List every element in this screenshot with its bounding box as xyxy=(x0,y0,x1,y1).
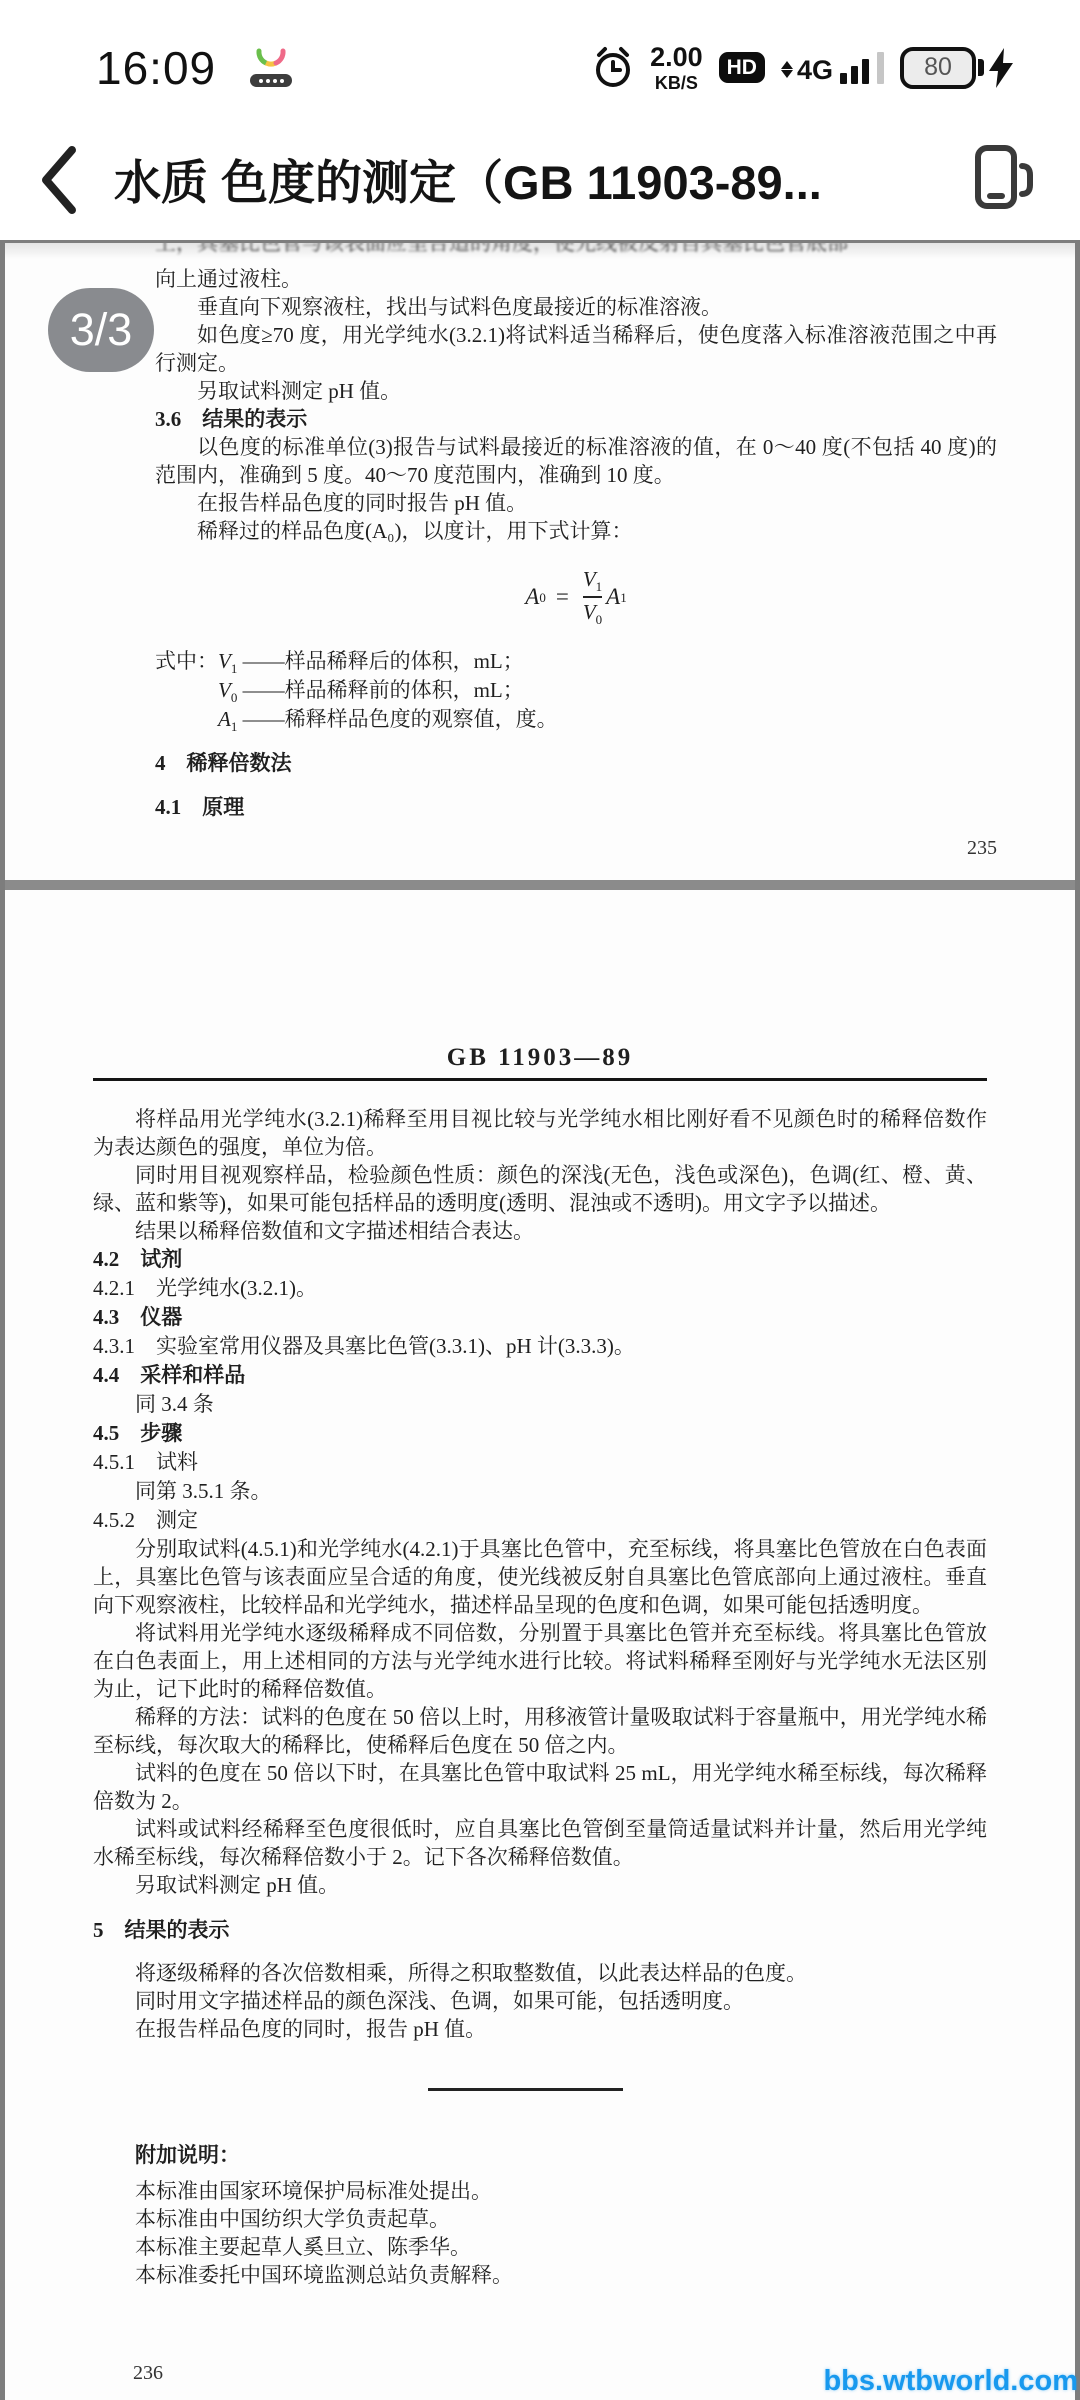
network-speed-unit: KB/S xyxy=(650,74,703,92)
doc-page-235: 上，具塞比色管与该表面应呈合适的角度，使光线被反射自具塞比色管底部 向上通过液柱… xyxy=(5,243,1075,880)
phone-pages-icon xyxy=(962,140,1042,220)
doc-paragraph: 将样品用光学纯水(3.2.1)稀释至用目视比较与光学纯水相比刚好看不见颜色时的稀… xyxy=(93,1105,987,1161)
doc-paragraph: 试料的色度在 50 倍以下时，在具塞比色管中取试料 25 mL，用光学纯水稀至标… xyxy=(93,1759,987,1815)
app-bar: 水质 色度的测定（GB 11903-89... xyxy=(0,125,1080,240)
section-heading-3-6: 3.6 结果的表示 xyxy=(155,405,997,433)
clause-4-5-2: 4.5.2 测定 xyxy=(93,1506,987,1535)
doc-line: 在报告样品色度的同时报告 pH 值。 xyxy=(155,489,997,517)
section-heading-4-1: 4.1 原理 xyxy=(155,793,997,821)
charging-bolt-icon xyxy=(984,46,1018,90)
note-line: 本标准委托中国环境监测总站负责解释。 xyxy=(93,2261,987,2289)
battery-indicator: 80 xyxy=(900,46,1018,90)
section-heading-4-5: 4.5 步骤 xyxy=(93,1419,987,1448)
additional-notes-title: 附加说明： xyxy=(93,2141,987,2169)
doc-line: 将逐级稀释的各次倍数相乘，所得之积取整数值，以此表达样品的色度。 xyxy=(93,1959,987,1987)
doc-paragraph: 以色度的标准单位(3)报告与试料最接近的标准溶液的值，在 0～40 度(不包括 … xyxy=(155,433,997,489)
doc-line: 稀释过的样品色度(A₀)，以度计，用下式计算： xyxy=(155,517,997,545)
page-view-toggle-button[interactable] xyxy=(960,138,1044,222)
signal-bars-icon xyxy=(840,52,884,84)
doc-paragraph: 试料或试料经稀释至色度很低时，应自具塞比色管倒至量筒适量试料并计量，然后用光学纯… xyxy=(93,1815,987,1871)
header-rule xyxy=(93,1078,987,1081)
end-divider-rule xyxy=(428,2088,623,2091)
network-speed-value: 2.00 xyxy=(650,44,703,71)
fraction: V1 V0 xyxy=(583,568,602,626)
doc-paragraph: 同时用目视观察样品，检验颜色性质：颜色的深浅(无色，浅色或深色)，色调(红、橙、… xyxy=(93,1161,987,1217)
fraction-bar xyxy=(583,596,602,598)
doc-paragraph: 如色度≥70 度，用光学纯水(3.2.1)将试料适当稀释后，使色度落入标准溶液范… xyxy=(155,321,997,377)
clock-time: 16:09 xyxy=(96,41,216,95)
doc-line: 同 3.4 条 xyxy=(93,1390,987,1419)
section-heading-4-3: 4.3 仪器 xyxy=(93,1303,987,1332)
document-viewport[interactable]: 上，具塞比色管与该表面应呈合适的角度，使光线被反射自具塞比色管底部 向上通过液柱… xyxy=(0,240,1080,2400)
battery-level: 80 xyxy=(924,53,952,82)
section-heading-4-2: 4.2 试剂 xyxy=(93,1245,987,1274)
section-heading-4: 4 稀释倍数法 xyxy=(155,749,997,777)
doc-line: 另取试料测定 pH 值。 xyxy=(93,1871,987,1899)
page-separator xyxy=(5,880,1075,890)
clause-4-3-1: 4.3.1 实验室常用仪器及具塞比色管(3.3.1)、pH 计(3.3.3)。 xyxy=(93,1332,987,1361)
app-notification-icon xyxy=(250,48,292,87)
doc-line: 同第 3.5.1 条。 xyxy=(93,1477,987,1506)
clause-4-5-1: 4.5.1 试料 xyxy=(93,1448,987,1477)
section-heading-4-4: 4.4 采样和样品 xyxy=(93,1361,987,1390)
standard-number-header: GB 11903—89 xyxy=(93,1042,987,1074)
hd-badge-icon: HD xyxy=(719,52,765,83)
doc-line: 向上通过液柱。 xyxy=(155,265,997,293)
dilution-formula: A0 = V1 V0 A1 xyxy=(155,565,997,629)
status-icons: 2.00 KB/S HD 4G 80 xyxy=(592,44,1018,92)
note-line: 本标准由中国纺织大学负责起草。 xyxy=(93,2205,987,2233)
doc-paragraph: 稀释的方法：试料的色度在 50 倍以上时，用移液管计量吸取试料于容量瓶中，用光学… xyxy=(93,1703,987,1759)
formula-where-line: V0 ——样品稀释前的体积，mL； xyxy=(155,676,997,705)
smile-arc-icon xyxy=(251,48,291,72)
doc-line: 另取试料测定 pH 值。 xyxy=(155,377,997,405)
network-type-label: 4G xyxy=(797,57,833,84)
doc-line: 垂直向下观察液柱，找出与试料色度最接近的标准溶液。 xyxy=(155,293,997,321)
clause-4-2-1: 4.2.1 光学纯水(3.2.1)。 xyxy=(93,1274,987,1303)
page-title: 水质 色度的测定（GB 11903-89... xyxy=(114,146,822,213)
data-updown-icon xyxy=(781,61,793,78)
doc-line: 同时用文字描述样品的颜色深浅、色调，如果可能，包括透明度。 xyxy=(93,1987,987,2015)
back-button[interactable] xyxy=(36,145,96,215)
cellular-signal-indicator: 4G xyxy=(781,52,884,84)
app-badge-pill xyxy=(250,74,292,87)
note-line: 本标准主要起草人奚旦立、陈季华。 xyxy=(93,2233,987,2261)
doc-line: 结果以稀释倍数值和文字描述相结合表达。 xyxy=(93,1217,987,1245)
doc-line: 在报告样品色度的同时，报告 pH 值。 xyxy=(93,2015,987,2043)
formula-where-line: 式中：V1 ——样品稀释后的体积，mL； xyxy=(155,647,997,676)
status-bar: 16:09 2.00 KB/S HD 4G 80 xyxy=(0,0,1080,125)
doc-paragraph: 将试料用光学纯水逐级稀释成不同倍数，分别置于具塞比色管并充至标线。将具塞比色管放… xyxy=(93,1619,987,1703)
doc-paragraph: 分别取试料(4.5.1)和光学纯水(4.2.1)于具塞比色管中，充至标线，将具塞… xyxy=(93,1535,987,1619)
note-line: 本标准由国家环境保护局标准处提出。 xyxy=(93,2177,987,2205)
clipped-text-line: 上，具塞比色管与该表面应呈合适的角度，使光线被反射自具塞比色管底部 xyxy=(155,243,1015,257)
network-speed: 2.00 KB/S xyxy=(650,44,703,92)
page-indicator-badge: 3/3 xyxy=(48,288,154,372)
alarm-clock-icon xyxy=(592,45,634,91)
doc-page-236: GB 11903—89 将样品用光学纯水(3.2.1)稀释至用目视比较与光学纯水… xyxy=(5,890,1075,2400)
watermark: bbs.wtbworld.com xyxy=(823,2365,1078,2398)
formula-where-line: A1 ——稀释样品色度的观察值，度。 xyxy=(155,705,997,734)
chevron-left-icon xyxy=(36,144,80,216)
section-heading-5: 5 结果的表示 xyxy=(93,1915,987,1945)
page-number-235: 235 xyxy=(155,834,997,862)
